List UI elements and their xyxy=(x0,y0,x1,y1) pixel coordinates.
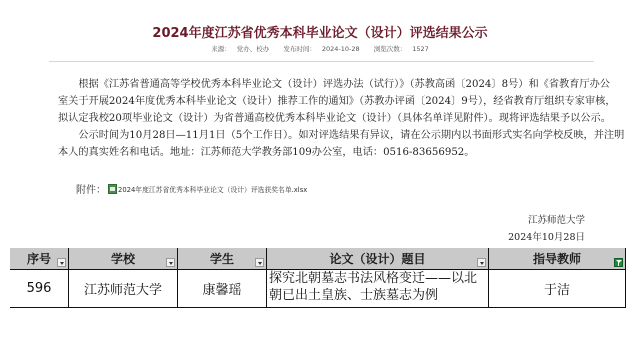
body-line-5: 本人的真实姓名和电话。地址：江苏师范大学教务部109办公室，电话：0516-83… xyxy=(58,145,598,160)
column-label: 论文（设计）题目 xyxy=(329,252,425,266)
table-header-row: 序号 学校 学生 论文（设计）题目 指导教师 xyxy=(10,248,626,270)
attachment-link[interactable]: 2024年度江苏省优秀本科毕业论文（设计）评选获奖名单.xlsx xyxy=(118,184,307,194)
filter-dropdown-icon[interactable] xyxy=(255,258,264,267)
body-line-1: 根据《江苏省普通高等学校优秀本科毕业论文（设计）评选办法（试行）》（苏教高函〔2… xyxy=(58,77,598,92)
filter-dropdown-icon[interactable] xyxy=(477,258,486,267)
results-table: 序号 学校 学生 论文（设计）题目 指导教师 596 江苏师范大 xyxy=(10,248,626,308)
cell-student: 康馨瑶 xyxy=(178,270,267,308)
views-label: 浏览次数： xyxy=(374,45,407,53)
title-divider xyxy=(49,61,594,62)
filter-active-icon[interactable] xyxy=(614,258,623,267)
cell-index: 596 xyxy=(10,270,69,308)
cell-advisor: 于洁 xyxy=(489,270,626,308)
views-field: 浏览次数：1527 xyxy=(371,45,432,53)
column-label: 学校 xyxy=(111,252,135,266)
date-label: 发布时间： xyxy=(283,45,316,53)
body-line-4: 公示时间为10月28日—11月1日（5个工作日）。如对评选结果有异议，请在公示期… xyxy=(58,128,598,143)
column-header-school: 学校 xyxy=(69,248,178,270)
date-value: 2024-10-28 xyxy=(322,45,360,53)
table-row: 596 江苏师范大学 康馨瑶 探究北朝墓志书法风格变迁——以北朝已出土皇族、士族… xyxy=(10,270,626,308)
column-header-student: 学生 xyxy=(178,248,267,270)
body-line-2: 室关于开展2024年度优秀本科毕业论文（设计）推荐工作的通知》（苏教办评函〔20… xyxy=(58,94,598,109)
column-label: 学生 xyxy=(210,252,234,266)
column-header-thesis-title: 论文（设计）题目 xyxy=(267,248,489,270)
signature-date: 2024年10月28日 xyxy=(440,229,585,243)
filter-dropdown-icon[interactable] xyxy=(57,258,66,267)
xlsx-file-icon xyxy=(108,184,117,194)
date-field: 发布时间：2024-10-28 xyxy=(280,45,362,53)
attachment-label: 附件： xyxy=(76,181,106,196)
cell-school: 江苏师范大学 xyxy=(69,270,178,308)
source-value: 党办、校办 xyxy=(237,45,270,53)
column-label: 指导教师 xyxy=(533,252,581,266)
body-line-3: 拟认定我校20项毕业论文（设计）为省普通高校优秀本科毕业论文（设计）（具体名单详… xyxy=(58,111,598,126)
column-label: 序号 xyxy=(27,252,51,266)
column-header-index: 序号 xyxy=(10,248,69,270)
attachment: 附件： 2024年度江苏省优秀本科毕业论文（设计）评选获奖名单.xlsx xyxy=(76,181,307,196)
source-field: 来源：党办、校办 xyxy=(208,45,272,53)
signature-org: 江苏师范大学 xyxy=(440,212,585,226)
article-meta: 来源：党办、校办 发布时间：2024-10-28 浏览次数：1527 xyxy=(0,44,640,53)
source-label: 来源： xyxy=(211,45,231,53)
column-header-advisor: 指导教师 xyxy=(489,248,626,270)
views-value: 1527 xyxy=(412,45,429,53)
filter-dropdown-icon[interactable] xyxy=(166,258,175,267)
cell-thesis-title: 探究北朝墓志书法风格变迁——以北朝已出土皇族、士族墓志为例 xyxy=(267,270,489,308)
page-title: 2024年度江苏省优秀本科毕业论文（设计）评选结果公示 xyxy=(0,22,640,41)
